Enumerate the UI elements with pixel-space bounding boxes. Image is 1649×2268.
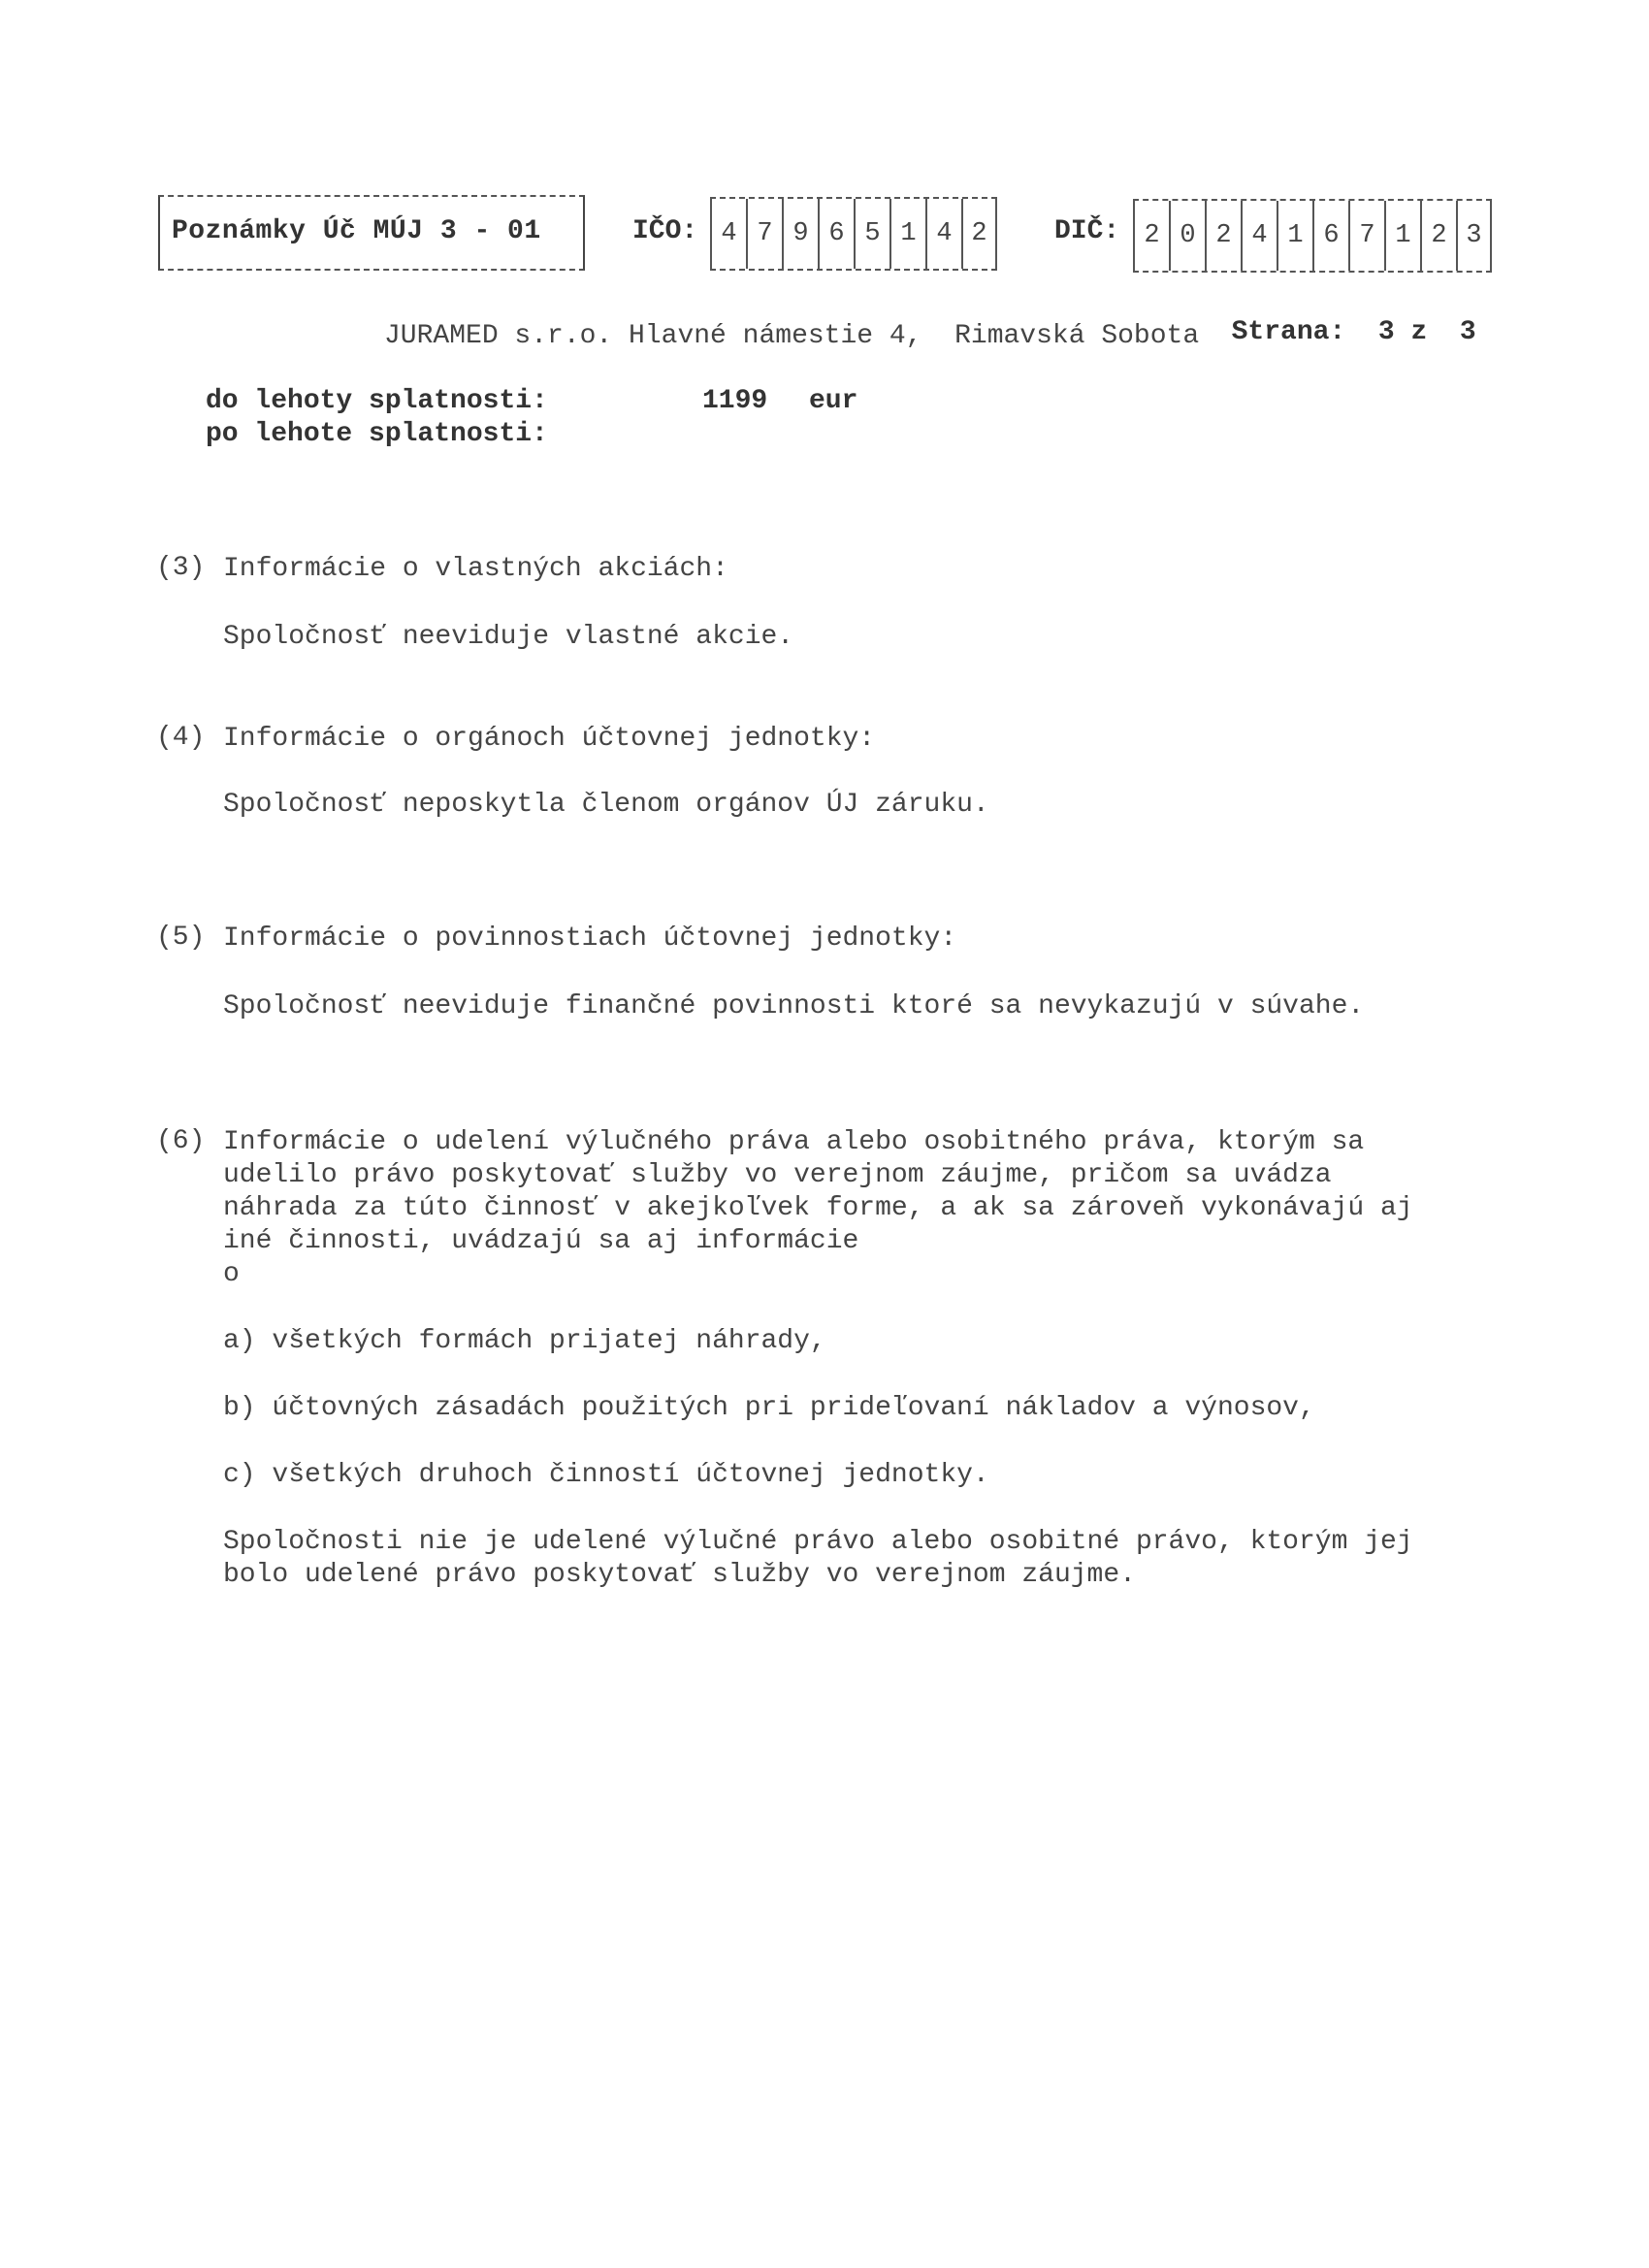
page-indicator: Strana: 3 z 3	[1199, 287, 1476, 347]
dic-digit: 0	[1169, 201, 1205, 271]
section-body: Spoločnosť neeviduje vlastné akcie.	[223, 621, 793, 654]
ico-digit: 9	[782, 199, 818, 269]
dic-digit: 1	[1384, 201, 1420, 271]
section-heading-line: iné činnosti, uvádzajú sa aj informácie	[223, 1225, 858, 1258]
section-heading-line: o	[223, 1258, 240, 1291]
section-heading: Informácie o povinnostiach účtovnej jedn…	[223, 923, 956, 956]
section-number: (3)	[156, 553, 205, 583]
dic-digit: 2	[1133, 201, 1169, 271]
dic-digit: 7	[1348, 201, 1384, 271]
after-due-label: po lehote splatnosti:	[206, 419, 548, 449]
ico-digit: 5	[854, 199, 889, 269]
section-heading: Informácie o vlastných akciách:	[223, 553, 728, 586]
form-title: Poznámky Úč MÚJ 3 - 01	[172, 216, 541, 246]
form-title-box: Poznámky Úč MÚJ 3 - 01	[158, 195, 585, 271]
section-number: (6)	[156, 1126, 205, 1156]
dic-field: 2 0 2 4 1 6 7 1 2 3	[1133, 199, 1492, 273]
section-number: (4)	[156, 723, 205, 753]
list-item-c: c) všetkých druhoch činností účtovnej je…	[223, 1459, 989, 1492]
ico-field: 4 7 9 6 5 1 4 2	[710, 197, 997, 271]
company-address-line: JURAMED s.r.o. Hlavné námestie 4, Rimavs…	[384, 320, 1199, 353]
page-total: 3	[1460, 317, 1476, 347]
ico-digit: 2	[961, 199, 997, 269]
dic-digit: 2	[1205, 201, 1241, 271]
dic-digit: 3	[1456, 201, 1492, 271]
section-body-line: Spoločnosti nie je udelené výlučné právo…	[223, 1526, 1413, 1559]
ico-digit: 6	[818, 199, 854, 269]
ico-digit: 1	[889, 199, 925, 269]
dic-digit: 2	[1420, 201, 1456, 271]
section-number: (5)	[156, 923, 205, 953]
ico-digit: 7	[746, 199, 782, 269]
section-heading-line: Informácie o udelení výlučného práva ale…	[223, 1126, 1364, 1159]
page-separator: z	[1410, 317, 1427, 347]
page-current: 3	[1378, 317, 1395, 347]
dic-label: DIČ:	[1054, 216, 1119, 246]
ico-digit: 4	[925, 199, 961, 269]
before-due-label: do lehoty splatnosti:	[206, 386, 548, 416]
page-label: Strana:	[1232, 317, 1346, 347]
list-item-a: a) všetkých formách prijatej náhrady,	[223, 1325, 826, 1358]
section-heading-line: náhrada za túto činnosť v akejkoľvek for…	[223, 1192, 1413, 1225]
section-heading: Informácie o orgánoch účtovnej jednotky:	[223, 723, 875, 756]
section-body: Spoločnosť neeviduje finančné povinnosti…	[223, 990, 1364, 1023]
section-heading-line: udelilo právo poskytovať služby vo verej…	[223, 1159, 1332, 1192]
before-due-unit: eur	[809, 386, 857, 416]
ico-label: IČO:	[632, 216, 697, 246]
dic-digit: 6	[1312, 201, 1348, 271]
list-item-b: b) účtovných zásadách použitých pri prid…	[223, 1392, 1315, 1425]
section-body-line: bolo udelené právo poskytovať služby vo …	[223, 1559, 1136, 1592]
before-due-value: 1199	[702, 386, 767, 416]
section-body: Spoločnosť neposkytla členom orgánov ÚJ …	[223, 789, 989, 822]
ico-digit: 4	[710, 199, 746, 269]
dic-digit: 1	[1277, 201, 1312, 271]
dic-digit: 4	[1241, 201, 1277, 271]
